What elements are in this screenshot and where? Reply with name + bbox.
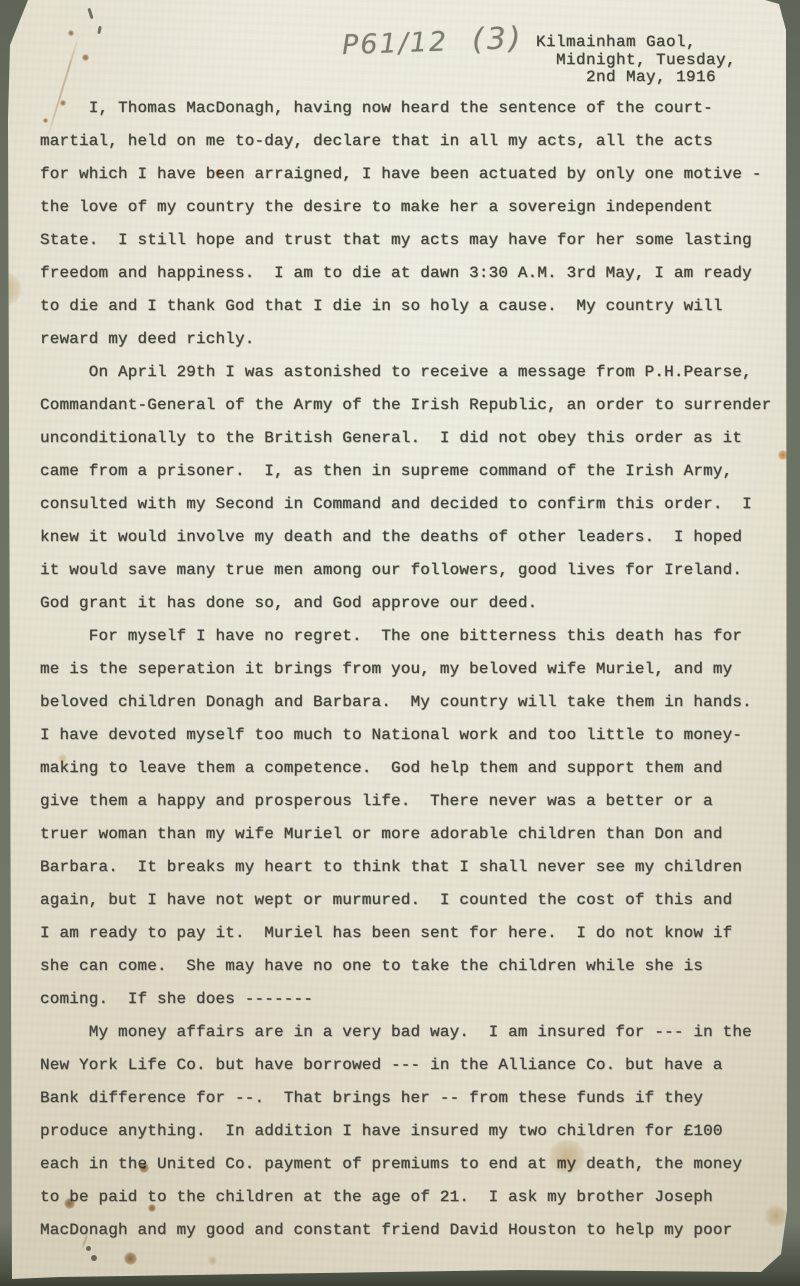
letter-body: I, Thomas MacDonagh, having now heard th… — [40, 92, 784, 1247]
foxing-dot — [68, 30, 74, 36]
pencil-mark — [87, 8, 93, 19]
paragraph-sentence-declaration: I, Thomas MacDonagh, having now heard th… — [40, 92, 784, 356]
photo-backdrop: P61/12(3) Kilmainham Gaol, Midnight, Tue… — [0, 0, 800, 1286]
paragraph-family-farewell: For myself I have no regret. The one bit… — [40, 620, 784, 1016]
foxing-dot — [82, 54, 89, 61]
paragraph-surrender-order: On April 29th I was astonished to receiv… — [40, 356, 784, 620]
pencil-mark — [97, 26, 102, 34]
pencil-mark — [91, 1255, 97, 1261]
stain — [0, 272, 22, 306]
letter-page: P61/12(3) Kilmainham Gaol, Midnight, Tue… — [0, 0, 800, 1286]
stain — [208, 1256, 217, 1265]
archive-reference-pencil: P61/12(3) — [341, 21, 524, 62]
archive-copy-number: (3) — [471, 21, 524, 58]
paragraph-money-affairs: My money affairs are in a very bad way. … — [40, 1016, 784, 1247]
letterhead-dateline: Kilmainham Gaol, Midnight, Tuesday, 2nd … — [536, 34, 736, 87]
archive-reference-text: P61/12 — [342, 26, 449, 61]
foxing-dot — [124, 1252, 137, 1265]
